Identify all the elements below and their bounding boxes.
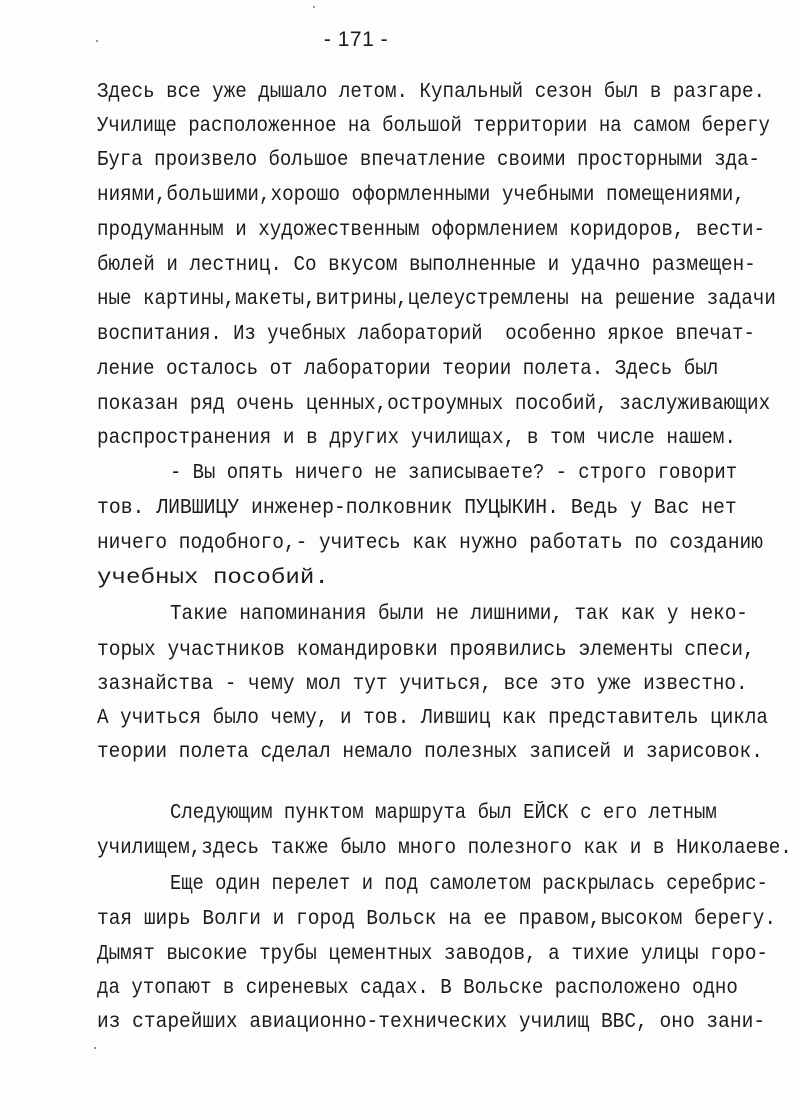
text-line: продуманным и художественным оформлением… [97, 218, 765, 244]
text-line: тов. ЛИВШИЦУ инженер-полковник ПУЦЫКИН. … [97, 496, 737, 522]
text-line: Еще один перелет и под самолетом раскрыл… [170, 872, 768, 898]
text-line: Здесь все уже дышало летом. Купальный се… [97, 80, 765, 106]
text-line: Такие напоминания были не лишними, так к… [170, 602, 748, 628]
scan-speck [313, 6, 315, 8]
text-line: Училище расположенное на большой террито… [97, 114, 770, 140]
text-line: - Вы опять ничего не записываете? - стро… [170, 461, 737, 487]
text-line: теории полета сделал немало полезных зап… [97, 740, 763, 766]
text-line: воспитания. Из учебных лабораторий особе… [97, 322, 755, 348]
scan-speck [96, 40, 98, 42]
document-page: - 171 - Здесь все уже дышало летом. Купа… [0, 0, 800, 1116]
text-line: тая ширь Волги и город Вольск на ее прав… [97, 907, 776, 933]
text-line: торых участников командировки проявились… [97, 638, 755, 664]
text-line: да утопают в сиреневых садах. В Вольске … [97, 976, 738, 1002]
text-line: А учиться было чему, и тов. Лившиц как п… [97, 706, 768, 732]
text-line: ниями,большими,хорошо оформленными учебн… [97, 183, 745, 209]
text-line: распространения и в других училищах, в т… [97, 426, 736, 452]
text-line: из старейших авиационно-технических учил… [97, 1010, 765, 1036]
text-line: ничего подобного,- учитесь как нужно раб… [97, 531, 763, 557]
text-line: учебных пособий. [97, 566, 329, 592]
text-line: показан ряд очень ценных,остроумных посо… [97, 392, 770, 418]
text-line: зазнайства - чему мол тут учиться, все э… [97, 672, 748, 698]
text-line: Буга произвело большое впечатление своим… [97, 148, 760, 174]
text-line: ные картины,макеты,витрины,целеустремлен… [97, 287, 776, 313]
text-line: Дымят высокие трубы цементных заводов, а… [97, 942, 768, 968]
text-line: бюлей и лестниц. Со вкусом выполненные и… [97, 253, 756, 279]
text-line: Следующим пунктом маршрута был ЕЙСК с ег… [170, 801, 717, 827]
text-line: училищем,здесь также было много полезног… [97, 836, 792, 862]
text-line: ление осталось от лаборатории теории пол… [97, 357, 718, 383]
page-number: - 171 - [0, 28, 712, 52]
scan-speck [94, 1047, 96, 1049]
